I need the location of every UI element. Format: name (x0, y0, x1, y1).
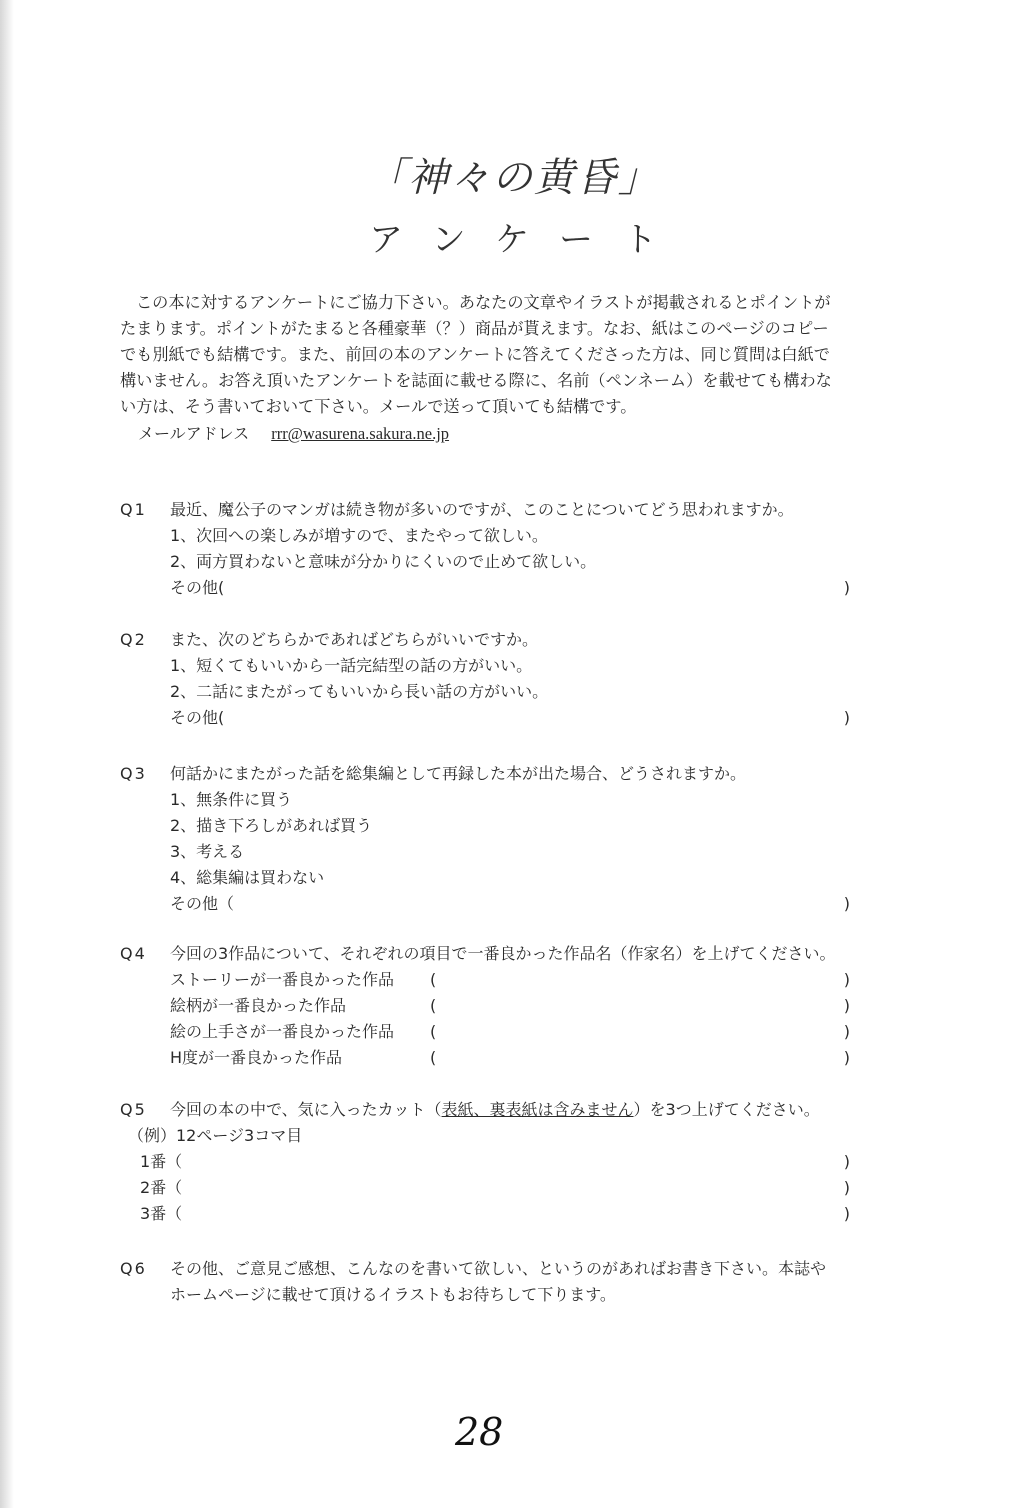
close-paren: ) (844, 993, 850, 1019)
intro-line: い方は、そう書いておいて下さい。メールで送って頂いても結構です。 (120, 394, 870, 420)
item-label: 絵柄が一番良かった作品 (170, 996, 346, 1015)
question-6: Q6その他、ご意見ご感想、こんなのを書いて欲しい、というのがあればお書き下さい。… (120, 1256, 860, 1308)
mail-label: メールアドレス (138, 424, 249, 443)
close-paren: ) (844, 1149, 850, 1175)
option: 1、無条件に買う (120, 787, 860, 813)
question-5: Q5今回の本の中で、気に入ったカット（表紙、裏表紙は含みません）を3つ上げてくだ… (120, 1097, 860, 1227)
close-paren: ) (844, 891, 850, 917)
answer-field[interactable]: 2番（) (120, 1175, 860, 1201)
example: （例）12ページ3コマ目 (120, 1123, 860, 1149)
question-3: Q3何話かにまたがった話を総集編として再録した本が出た場合、どうされますか。 1… (120, 761, 860, 917)
page-title: 「神々の黄昏」 (0, 146, 1026, 203)
other-label: その他( (170, 708, 224, 727)
intro-line: たまります。ポイントがたまると各種豪華（？）商品が貰えます。なお、紙はこのページ… (120, 316, 870, 342)
item-label: 1番（ (140, 1152, 182, 1171)
option: 2、両方買わないと意味が分かりにくいので止めて欲しい。 (120, 549, 860, 575)
intro-paragraph: この本に対するアンケートにご協力下さい。あなたの文章やイラストが掲載されるとポイ… (120, 290, 870, 420)
answer-field[interactable]: ストーリーが一番良かった作品() (120, 967, 860, 993)
item-label: 2番（ (140, 1178, 182, 1197)
mail-address-link[interactable]: rrr@wasurena.sakura.ne.jp (271, 424, 449, 443)
open-paren: ( (430, 1045, 436, 1071)
other-label: その他（ (170, 894, 234, 913)
page-subtitle: アンケート (0, 212, 1026, 261)
close-paren: ) (844, 1019, 850, 1045)
question-text: また、次のどちらかであればどちらがいいですか。 (170, 630, 538, 649)
question-text-underlined: 表紙、裏表紙は含みません (442, 1100, 634, 1119)
page-number: 28 (455, 1410, 503, 1454)
option: 3、考える (120, 839, 860, 865)
close-paren: ) (844, 705, 850, 731)
question-text: 何話かにまたがった話を総集編として再録した本が出た場合、どうされますか。 (170, 764, 746, 783)
question-text: ホームページに載せて頂けるイラストもお待ちして下ります。 (120, 1282, 860, 1308)
question-text: 今回の本の中で、気に入ったカット（ (170, 1100, 442, 1119)
item-label: 絵の上手さが一番良かった作品 (170, 1022, 394, 1041)
question-number: Q6 (120, 1256, 170, 1282)
question-text: その他、ご意見ご感想、こんなのを書いて欲しい、というのがあればお書き下さい。本誌… (170, 1259, 826, 1278)
question-text: 今回の3作品について、それぞれの項目で一番良かった作品名（作家名）を上げてくださ… (170, 944, 836, 963)
intro-line: この本に対するアンケートにご協力下さい。あなたの文章やイラストが掲載されるとポイ… (120, 290, 870, 316)
close-paren: ) (844, 1045, 850, 1071)
open-paren: ( (430, 967, 436, 993)
item-label: 3番（ (140, 1204, 182, 1223)
question-number: Q5 (120, 1097, 170, 1123)
other-label: その他( (170, 578, 224, 597)
other-answer-field[interactable]: その他（) (120, 891, 860, 917)
item-label: ストーリーが一番良かった作品 (170, 970, 394, 989)
option: 4、総集編は買わない (120, 865, 860, 891)
open-paren: ( (430, 1019, 436, 1045)
question-number: Q3 (120, 761, 170, 787)
option: 2、描き下ろしがあれば買う (120, 813, 860, 839)
close-paren: ) (844, 967, 850, 993)
other-answer-field[interactable]: その他() (120, 575, 860, 601)
option: 2、二話にまたがってもいいから長い話の方がいい。 (120, 679, 860, 705)
mail-line: メールアドレスrrr@wasurena.sakura.ne.jp (138, 421, 449, 444)
question-text: ）を3つ上げてください。 (634, 1100, 820, 1119)
question-number: Q1 (120, 497, 170, 523)
other-answer-field[interactable]: その他() (120, 705, 860, 731)
open-paren: ( (430, 993, 436, 1019)
question-number: Q4 (120, 941, 170, 967)
answer-field[interactable]: 3番（) (120, 1201, 860, 1227)
question-4: Q4今回の3作品について、それぞれの項目で一番良かった作品名（作家名）を上げてく… (120, 941, 860, 1071)
question-number: Q2 (120, 627, 170, 653)
intro-line: でも別紙でも結構です。また、前回の本のアンケートに答えてくださった方は、同じ質問… (120, 342, 870, 368)
option: 1、次回への楽しみが増すので、またやって欲しい。 (120, 523, 860, 549)
intro-line: 構いません。お答え頂いたアンケートを誌面に載せる際に、名前（ペンネーム）を載せて… (120, 368, 870, 394)
question-text: 最近、魔公子のマンガは続き物が多いのですが、このことについてどう思われますか。 (170, 500, 794, 519)
question-2: Q2また、次のどちらかであればどちらがいいですか。 1、短くてもいいから一話完結… (120, 627, 860, 731)
close-paren: ) (844, 1175, 850, 1201)
option: 1、短くてもいいから一話完結型の話の方がいい。 (120, 653, 860, 679)
answer-field[interactable]: 絵の上手さが一番良かった作品() (120, 1019, 860, 1045)
item-label: H度が一番良かった作品 (170, 1048, 342, 1067)
answer-field[interactable]: 絵柄が一番良かった作品() (120, 993, 860, 1019)
answer-field[interactable]: 1番（) (120, 1149, 860, 1175)
close-paren: ) (844, 1201, 850, 1227)
close-paren: ) (844, 575, 850, 601)
question-1: Q1最近、魔公子のマンガは続き物が多いのですが、このことについてどう思われますか… (120, 497, 860, 601)
answer-field[interactable]: H度が一番良かった作品() (120, 1045, 860, 1071)
